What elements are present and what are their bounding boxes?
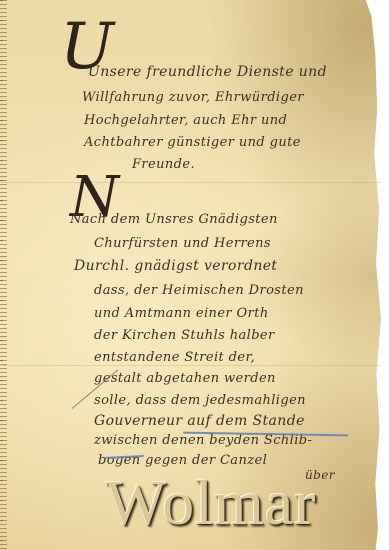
body-line-8: gestalt abgetahen werden xyxy=(94,371,276,386)
salutation-line-4: Achtbahrer günstiger und gute xyxy=(84,135,301,150)
salutation-line-1: Unsere freundliche Dienste und xyxy=(88,64,327,80)
paper-fold xyxy=(0,182,381,183)
body-line-10: Gouverneur auf dem Stande xyxy=(94,413,305,429)
body-line-3: Durchl. gnädigst verordnet xyxy=(74,258,277,274)
salutation-line-2: Willfahrung zuvor, Ehrwürdiger xyxy=(82,90,304,105)
body-line-5: und Amtmann einer Orth xyxy=(94,306,269,321)
body-line-7: entstandene Streit der, xyxy=(94,350,255,365)
salutation-line-3: Hochgelahrter, auch Ehr und xyxy=(84,113,287,128)
body-line-1: Nach dem Unsres Gnädigsten xyxy=(70,212,278,227)
body-line-2: Churfürsten und Herrens xyxy=(94,236,271,251)
wolmar-watermark: Wolmar xyxy=(106,466,317,540)
body-line-6: der Kirchen Stuhls halber xyxy=(94,328,275,343)
scale-ruler-major-ticks xyxy=(0,0,3,550)
paper-fold xyxy=(0,365,381,366)
body-line-4: dass, der Heimischen Drosten xyxy=(94,283,304,298)
body-line-9: solle, dass dem jedesmahligen xyxy=(94,393,306,408)
salutation-line-5: Freunde. xyxy=(132,157,195,172)
